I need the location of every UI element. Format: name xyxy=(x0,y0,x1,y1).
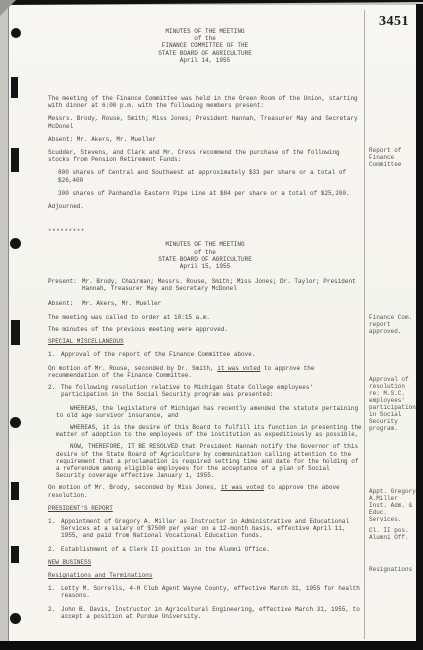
meeting1-stock-recommendation: Scudder, Stevens, and Clark and Mr. Cres… xyxy=(48,149,362,163)
title-line: MINUTES OF THE MEETING xyxy=(48,241,362,248)
item-number: 1. xyxy=(48,351,61,358)
meeting1-absent: Absent: Mr. Akers, Mr. Mueller xyxy=(48,136,362,143)
item-text: Letty M. Sorrells, 4-H Club Agent Wayne … xyxy=(61,585,362,599)
punch-hole-icon xyxy=(10,613,21,624)
binding-mark-icon xyxy=(11,482,19,500)
item-number: 1. xyxy=(48,585,61,599)
absent-names: Mr. Akers, Mr. Mueller xyxy=(82,300,362,307)
stock-item-central-southwest: 800 shares of Central and Southwest at a… xyxy=(48,169,362,183)
margin-note-resignations: Resignations xyxy=(369,566,419,573)
title-line: of the xyxy=(48,35,362,42)
punch-hole-icon xyxy=(10,417,21,428)
spacer xyxy=(48,64,362,95)
scanned-page: 3451 Report of Finance Committee Finance… xyxy=(0,0,423,650)
title-line: MINUTES OF THE MEETING xyxy=(48,28,362,35)
meeting1-title-block: MINUTES OF THE MEETING of the FINANCE CO… xyxy=(48,28,362,64)
meeting2-present-row: Present: Mr. Brody, Chairman; Messrs. Ro… xyxy=(48,278,362,292)
motion-pre: On motion of Mr. Rouse, seconded by Dr. … xyxy=(48,365,217,372)
presidents-report-heading: PRESIDENT'S REPORT xyxy=(48,505,362,512)
item-text: Establishment of a Clerk II position in … xyxy=(61,546,362,553)
presidents-report-item-1: 1. Appointment of Gregory A. Miller as I… xyxy=(48,518,362,540)
title-date: April 14, 1955 xyxy=(48,57,362,64)
it-was-voted-underlined: it was voted xyxy=(217,365,260,372)
item-number: 2. xyxy=(48,384,61,398)
item-number: 1. xyxy=(48,518,61,540)
special-item-2: 2. The following resolution relative to … xyxy=(48,384,362,398)
meeting2-absent-row: Absent: Mr. Akers, Mr. Mueller xyxy=(48,300,362,307)
margin-rule-line xyxy=(364,10,365,639)
motion-pre: On motion of Mr. Brody, seconded by Miss… xyxy=(48,484,221,491)
punch-hole-icon xyxy=(11,28,21,38)
resolved-clause: NOW, THEREFORE, IT BE RESOLVED that Pres… xyxy=(48,443,362,479)
page-number: 3451 xyxy=(376,14,412,30)
new-business-heading: NEW BUSINESS xyxy=(48,559,362,566)
it-was-voted-underlined: it was voted xyxy=(221,484,264,491)
stock-item-panhandle: 300 shares of Panhandle Eastern Pipe Lin… xyxy=(48,190,362,197)
motion-resolution: On motion of Mr. Brody, seconded by Miss… xyxy=(48,484,362,498)
document-body: MINUTES OF THE MEETING of the FINANCE CO… xyxy=(48,28,362,626)
present-names: Mr. Brody, Chairman; Messrs. Rouse, Smit… xyxy=(82,278,362,292)
title-line: STATE BOARD OF AGRICULTURE xyxy=(48,50,362,57)
called-to-order: The meeting was called to order at 10:15… xyxy=(48,314,362,321)
resignations-terminations-heading: Resignations and Terminations xyxy=(48,572,362,579)
resignation-item-2: 2. John B. Davis, Instructor in Agricult… xyxy=(48,606,362,620)
resignation-item-1: 1. Letty M. Sorrells, 4-H Club Agent Way… xyxy=(48,585,362,599)
motion-finance-report: On motion of Mr. Rouse, seconded by Dr. … xyxy=(48,365,362,379)
meeting2-title-block: MINUTES OF THE MEETING of the STATE BOAR… xyxy=(48,241,362,270)
binding-mark-icon xyxy=(11,148,19,172)
item-number: 2. xyxy=(48,546,61,553)
item-text: Appointment of Gregory A. Miller as Inst… xyxy=(61,518,362,540)
special-item-1: 1. Approval of the report of the Finance… xyxy=(48,351,362,358)
item-text: The following resolution relative to Mic… xyxy=(61,384,362,398)
absent-label: Absent: xyxy=(48,300,82,307)
whereas-clause-2: WHEREAS, it is the desire of this Board … xyxy=(48,424,362,438)
title-line: STATE BOARD OF AGRICULTURE xyxy=(48,256,362,263)
margin-note-appointment: Appt. Gregory A.Miller Inst. Adm. & Educ… xyxy=(369,488,419,523)
special-miscellaneous-heading: SPECIAL MISCELLANEOUS xyxy=(48,338,362,345)
punch-hole-icon xyxy=(10,238,21,249)
title-line: FINANCE COMMITTEE OF THE xyxy=(48,42,362,49)
whereas-clause-1: WHEREAS, the legislature of Michigan has… xyxy=(48,405,362,419)
presidents-report-item-2: 2. Establishment of a Clerk II position … xyxy=(48,546,362,553)
scan-edge-bottom xyxy=(0,641,423,650)
present-label: Present: xyxy=(48,278,82,292)
title-date: April 15, 1955 xyxy=(48,263,362,270)
binding-mark-icon xyxy=(11,320,20,345)
binding-mark-icon xyxy=(11,77,18,98)
meeting1-intro: The meeting of the Finance Committee was… xyxy=(48,95,362,109)
item-text: Approval of the report of the Finance Co… xyxy=(61,351,362,358)
spacer xyxy=(48,216,362,228)
margin-note-resolution: Approval of resolution re: M.S.C. employ… xyxy=(369,376,419,432)
minutes-approved: The minutes of the previous meeting were… xyxy=(48,326,362,333)
page-corner-fold xyxy=(0,0,16,16)
meeting1-members: Messrs. Brody, Rouse, Smith; Miss Jones;… xyxy=(48,115,362,129)
title-line: of the xyxy=(48,249,362,256)
margin-note-finance-report: Report of Finance Committee xyxy=(369,147,419,168)
item-text: John B. Davis, Instructor in Agricultura… xyxy=(61,606,362,620)
margin-note-clerk-position: Cl. II pos. Alumni Off. xyxy=(369,527,419,541)
margin-note-report-approved: Finance Com. report approved. xyxy=(369,314,419,335)
binding-mark-icon xyxy=(11,546,19,563)
meeting1-adjourned: Adjourned. xyxy=(48,203,362,210)
item-number: 2. xyxy=(48,606,61,620)
section-separator: ********* xyxy=(48,228,362,235)
